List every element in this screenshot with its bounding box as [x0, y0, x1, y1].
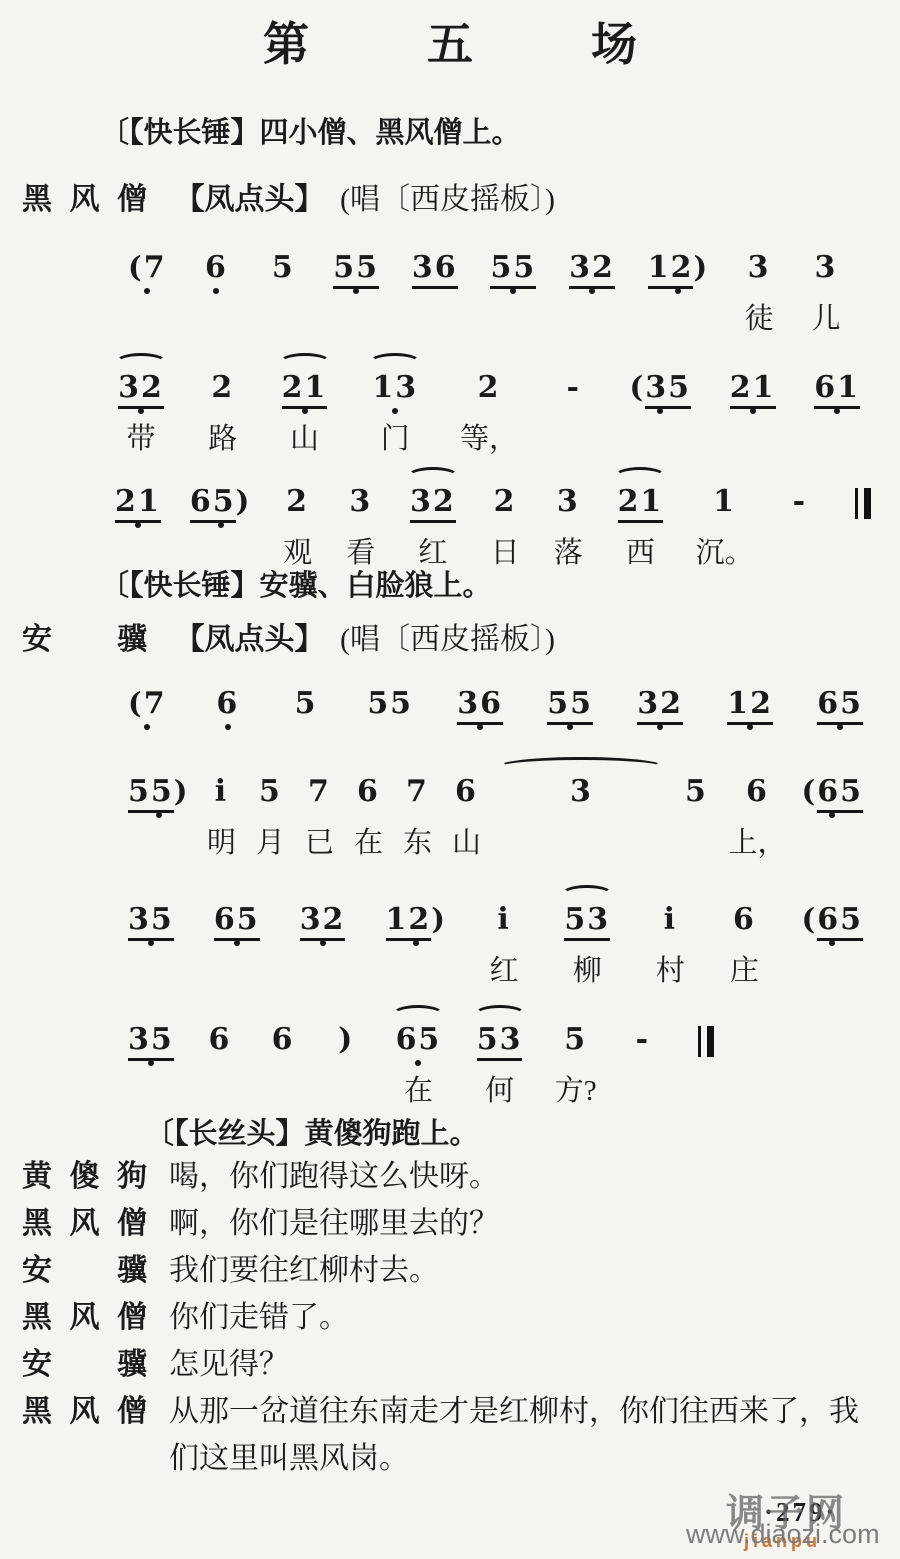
note-digits: 36	[457, 686, 503, 725]
octave-dot	[477, 724, 483, 730]
note-cell: 65在	[392, 1008, 444, 1104]
note: -	[567, 372, 581, 406]
lyric-syllable: 带	[126, 416, 155, 452]
note: 21	[282, 372, 328, 406]
note: 65)	[190, 486, 251, 520]
note-digits: 7	[144, 250, 167, 285]
note: 6	[357, 776, 380, 810]
music-line: 3566)65在53何5方?-	[128, 1008, 723, 1104]
octave-dot	[320, 940, 326, 946]
note-digits: 3	[570, 774, 593, 809]
note-digits: 6	[357, 774, 380, 809]
open-paren: (	[801, 902, 817, 936]
note: 5	[564, 1024, 587, 1058]
note: 55)	[128, 776, 189, 810]
note-cell: 1沉。	[696, 470, 754, 566]
note-cell: -	[557, 356, 591, 452]
lyric-syllable: 月	[256, 820, 285, 856]
final-barline	[855, 488, 871, 519]
note: -	[793, 486, 807, 520]
note-cell: 3看	[344, 470, 378, 566]
note: 3	[557, 486, 580, 520]
note-cell: 55	[333, 236, 379, 332]
octave-dot	[829, 940, 835, 946]
note-cell: -	[783, 470, 817, 566]
note: 32	[410, 486, 456, 520]
note-digits: -	[793, 484, 807, 519]
dialogue-text: 啊，你们是往哪里去的？	[169, 1200, 879, 1247]
note: 36	[412, 252, 458, 286]
note-cell: )	[329, 1008, 363, 1104]
note-cell: 6	[211, 672, 245, 768]
open-paren: (	[802, 774, 818, 808]
note-digits: 32	[410, 484, 456, 523]
note-cell: 2等，	[460, 356, 518, 452]
note-digits: 12	[386, 902, 432, 941]
note-cell: 32带	[115, 356, 167, 452]
open-paren: (	[128, 250, 144, 284]
note-digits: 5	[564, 1022, 587, 1057]
note: 21	[730, 372, 776, 406]
note: 5	[295, 688, 318, 722]
note-digits: 12	[648, 250, 694, 289]
note-digits: 3	[748, 250, 771, 285]
note-digits: 3	[815, 250, 838, 285]
note-digits: 5	[272, 250, 295, 285]
note-digits: 12	[727, 686, 773, 725]
note-digits: 3	[557, 484, 580, 519]
note-cell: 3徒	[742, 236, 776, 332]
note-cell: 65	[817, 672, 863, 768]
note-digits: 32	[569, 250, 615, 289]
octave-dot	[392, 408, 398, 414]
note: 65	[396, 1024, 442, 1058]
note-digits: -	[636, 1022, 650, 1057]
note-cell: 61	[814, 356, 860, 452]
tune-aside: (唱〔西皮摇板〕)	[340, 623, 555, 656]
note-cell: 21山	[279, 356, 331, 452]
note: 65	[214, 904, 260, 938]
octave-dot	[148, 940, 154, 946]
note-cell: 5方?	[555, 1008, 597, 1104]
note-cell: 36	[412, 236, 458, 332]
note: i	[215, 776, 228, 810]
stage-direction: 〔【快长锤】四小僧、黑风僧上。	[100, 110, 521, 151]
note-digits: 65	[396, 1022, 442, 1057]
note-cell: 21西	[614, 470, 666, 566]
dialogue-text: 怎见得？	[169, 1341, 879, 1388]
scene-title: 第 五 场	[0, 8, 900, 74]
note-cell: 32	[637, 672, 683, 768]
note-digits: 2	[494, 484, 517, 519]
note: 6	[205, 252, 228, 286]
note-cell: 3儿	[809, 236, 843, 332]
note-digits: 21	[282, 370, 328, 409]
note-cell: 6	[266, 1008, 300, 1104]
note-digits: 3	[349, 484, 372, 519]
note-digits: 32	[118, 370, 164, 409]
note-digits: i	[215, 774, 228, 809]
note-cell	[846, 470, 880, 566]
note-digits: 7	[144, 686, 167, 721]
note: 65	[817, 688, 863, 722]
note-cell: 6	[199, 236, 233, 332]
note-cell: 65	[214, 888, 260, 984]
dialogue-line: 安 骥 我们要往红柳村去。	[22, 1247, 882, 1294]
note-cell: 53柳	[561, 888, 613, 984]
note: 5	[272, 252, 295, 286]
note-cell: 5	[289, 672, 323, 768]
note	[855, 486, 871, 520]
note-cell: (7	[128, 672, 167, 768]
note: 12	[727, 688, 773, 722]
note-digits: 35	[128, 902, 174, 941]
note: 2	[478, 372, 501, 406]
note: 2	[494, 486, 517, 520]
note-cell: 7已	[302, 760, 336, 856]
note: 61	[814, 372, 860, 406]
lyric-syllable: 红	[418, 530, 447, 566]
note-digits: 2	[286, 484, 309, 519]
note-digits: 61	[814, 370, 860, 409]
speaker-name: 安 骥	[22, 1341, 147, 1388]
speaker-name: 黑风僧	[22, 174, 147, 218]
music-line: 32带2路21山13门2等，-(352161	[115, 356, 860, 452]
lyric-syllable: 西	[626, 530, 655, 566]
vocal-section-header: 安 骥 【凤点头】 (唱〔西皮摇板〕)	[22, 614, 555, 658]
watermark-site-url: www.diaozi.com	[686, 1519, 880, 1550]
note-cell: 32红	[407, 470, 459, 566]
note: 6	[746, 776, 769, 810]
note-digits: 6	[208, 1022, 231, 1057]
note-cell: (65	[802, 760, 863, 856]
close-paren: )	[693, 250, 709, 284]
music-line: (765553655321265	[128, 672, 863, 768]
dialogue-line: 黑风僧 从那一岔道往东南走才是红柳村，你们往西来了，我们这里叫黑风岗。	[22, 1388, 882, 1482]
speaker-name: 黑风僧	[22, 1200, 147, 1247]
octave-dot	[225, 724, 231, 730]
lyric-syllable: 东	[403, 820, 432, 856]
note: 36	[457, 688, 503, 722]
note-cell: 65)	[190, 470, 251, 566]
note-digits: 2	[478, 370, 501, 405]
note-cell: 6上，	[728, 760, 786, 856]
octave-dot	[589, 288, 595, 294]
note-digits: 6	[455, 774, 478, 809]
note-cell: 35	[128, 888, 174, 984]
note-digits: 5	[295, 686, 318, 721]
note-digits: 55	[547, 686, 593, 725]
note-digits: 1	[713, 484, 736, 519]
scanned-score-page: { "title": "第 五 场", "colors": { "ink": "…	[0, 0, 900, 1559]
note-cell: 55)	[128, 760, 189, 856]
note: 32	[569, 252, 615, 286]
dialogue-text: 我们要往红柳村去。	[169, 1247, 879, 1294]
close-paren: )	[174, 774, 190, 808]
note-digits: 2	[211, 370, 234, 405]
note: 5	[259, 776, 282, 810]
note: i	[497, 904, 510, 938]
note-cell: 5	[679, 760, 713, 856]
note: 35	[128, 1024, 174, 1058]
note: 6	[733, 904, 756, 938]
note-cell: (35	[630, 356, 691, 452]
lyric-syllable: 上，	[728, 820, 786, 856]
octave-dot	[657, 408, 663, 414]
note-cell: i明	[204, 760, 238, 856]
note-digits: 35	[128, 1022, 174, 1061]
note-digits: 53	[477, 1022, 523, 1061]
note: (7	[128, 252, 167, 286]
note: )	[338, 1024, 354, 1058]
lyric-syllable: 日	[491, 530, 520, 566]
note: 53	[564, 904, 610, 938]
note-digits: 65	[817, 774, 863, 813]
note-cell: i村	[653, 888, 687, 984]
note: 2	[286, 486, 309, 520]
note-digits: 55	[367, 686, 413, 721]
note-digits: 65	[190, 484, 236, 523]
octave-dot	[675, 288, 681, 294]
note-digits: i	[664, 902, 677, 937]
note-cell: 2路	[206, 356, 240, 452]
note-digits: 6	[733, 902, 756, 937]
note-digits: 21	[730, 370, 776, 409]
note-digits: 32	[637, 686, 683, 725]
speaker-name: 安 骥	[22, 614, 147, 658]
lyric-syllable: 山	[290, 416, 319, 452]
note: 32	[118, 372, 164, 406]
note: (65	[801, 904, 862, 938]
note-cell: 6庄	[727, 888, 761, 984]
note: 6	[272, 1024, 295, 1058]
note	[698, 1024, 714, 1058]
lyric-syllable: 沉。	[696, 530, 754, 566]
music-line: 55)i明5月7已6在7东6山356上，(65	[128, 760, 863, 856]
note: 35	[128, 904, 174, 938]
close-paren: )	[236, 484, 252, 518]
octave-dot	[353, 288, 359, 294]
dialogue-line: 黄傻狗 喝，你们跑得这么快呀。	[22, 1153, 882, 1200]
note-digits: 21	[115, 484, 161, 523]
note: (65	[802, 776, 863, 810]
music-line: 35653212)i红53柳i村6庄(65	[128, 888, 863, 984]
tune-label: 【凤点头】	[175, 623, 325, 656]
note: 6	[216, 688, 239, 722]
lyric-syllable: 已	[305, 820, 334, 856]
note-digits: 6	[216, 686, 239, 721]
lyric-syllable: 门	[381, 416, 410, 452]
note-cell: 5	[266, 236, 300, 332]
note: 55	[547, 688, 593, 722]
note-digits: 53	[564, 902, 610, 941]
note-cell: 6在	[351, 760, 385, 856]
lyric-syllable: 儿	[811, 296, 840, 332]
note-cell: 21	[115, 470, 161, 566]
note: 55	[490, 252, 536, 286]
note-cell: 3落	[551, 470, 585, 566]
octave-dot	[218, 522, 224, 528]
note-cell: 5月	[253, 760, 287, 856]
note-cell: 12	[727, 672, 773, 768]
note: 7	[308, 776, 331, 810]
lyric-syllable: 村	[656, 948, 685, 984]
note-cell: 6山	[449, 760, 483, 856]
speaker-name: 黄傻狗	[22, 1153, 147, 1200]
speaker-name: 安 骥	[22, 1247, 147, 1294]
music-line: 2165)2观3看32红2日3落21西1沉。-	[115, 470, 880, 566]
octave-dot	[148, 1060, 154, 1066]
lyric-syllable: 明	[207, 820, 236, 856]
lyric-syllable: 在	[354, 820, 383, 856]
octave-dot	[829, 812, 835, 818]
note: 3	[748, 252, 771, 286]
note: 21	[115, 486, 161, 520]
open-paren: (	[128, 686, 144, 720]
octave-dot	[144, 724, 150, 730]
note-cell: 12)	[386, 888, 447, 984]
note-cell: 3	[498, 760, 664, 856]
note: 3	[349, 486, 372, 520]
tune-label: 【凤点头】	[175, 183, 325, 216]
note-digits: 6	[746, 774, 769, 809]
note-digits: 55	[128, 774, 174, 813]
octave-dot	[135, 522, 141, 528]
note: 55	[367, 688, 413, 722]
vocal-section-header: 黑风僧 【凤点头】 (唱〔西皮摇板〕)	[22, 174, 555, 218]
lyric-syllable: 方?	[555, 1068, 597, 1104]
note-digits: 6	[272, 1022, 295, 1057]
dialogue-line: 安 骥 怎见得？	[22, 1341, 882, 1388]
tune-aside: (唱〔西皮摇板〕)	[340, 183, 555, 216]
note-cell: 13门	[369, 356, 421, 452]
octave-dot	[657, 724, 663, 730]
note-cell: 53何	[474, 1008, 526, 1104]
lyric-syllable: 观	[283, 530, 312, 566]
lyric-syllable: 看	[346, 530, 375, 566]
lyric-syllable: 落	[554, 530, 583, 566]
note: 12)	[648, 252, 709, 286]
note-digits: 65	[817, 902, 863, 941]
note: 2	[211, 372, 234, 406]
note: i	[664, 904, 677, 938]
lyric-syllable: 何	[485, 1068, 514, 1104]
note-digits: 21	[618, 484, 664, 523]
note-digits: 55	[490, 250, 536, 289]
note-digits: 32	[300, 902, 346, 941]
lyric-syllable: 柳	[573, 948, 602, 984]
note-cell: 12)	[648, 236, 709, 332]
note-cell: (7	[128, 236, 167, 332]
octave-dot	[747, 724, 753, 730]
note-cell: 36	[457, 672, 503, 768]
lyric-syllable: 在	[404, 1068, 433, 1104]
octave-dot	[138, 408, 144, 414]
note: 5	[685, 776, 708, 810]
note-digits: -	[567, 370, 581, 405]
octave-dot	[213, 288, 219, 294]
note: -	[636, 1024, 650, 1058]
note-cell: 7东	[400, 760, 434, 856]
octave-dot	[834, 408, 840, 414]
final-barline	[698, 1026, 714, 1057]
note-digits: 6	[205, 250, 228, 285]
speaker-name: 黑风僧	[22, 1388, 147, 1435]
open-paren: (	[630, 370, 646, 404]
note-digits: 13	[372, 370, 418, 405]
note-digits: 55	[333, 250, 379, 289]
note-cell: 35	[128, 1008, 174, 1104]
note: 3	[570, 776, 593, 810]
note: 12)	[386, 904, 447, 938]
note-cell: -	[626, 1008, 660, 1104]
note-digits: 65	[817, 686, 863, 725]
dialogue-text: 你们走错了。	[169, 1294, 879, 1341]
note-cell: 55	[547, 672, 593, 768]
lyric-syllable: 等，	[460, 416, 518, 452]
note: 1	[713, 486, 736, 520]
note-cell: 32	[569, 236, 615, 332]
note-cell: 55	[490, 236, 536, 332]
note-cell: 6	[203, 1008, 237, 1104]
lyric-syllable: 徒	[745, 296, 774, 332]
stage-direction: 〔【长丝头】黄傻狗跑上。	[145, 1111, 479, 1152]
note: 53	[477, 1024, 523, 1058]
note: 32	[300, 904, 346, 938]
octave-dot	[234, 940, 240, 946]
note-cell: 21	[730, 356, 776, 452]
octave-dot	[837, 724, 843, 730]
octave-dot	[510, 288, 516, 294]
note-cell: 2日	[488, 470, 522, 566]
speaker-name: 黑风僧	[22, 1294, 147, 1341]
octave-dot	[302, 408, 308, 414]
dialogue-text: 喝，你们跑得这么快呀。	[169, 1153, 879, 1200]
dialogue-line: 黑风僧 啊，你们是往哪里去的？	[22, 1200, 882, 1247]
close-paren: )	[431, 902, 447, 936]
note-digits: 5	[685, 774, 708, 809]
note: 13	[372, 372, 418, 406]
octave-dot	[750, 408, 756, 414]
note-digits: 65	[214, 902, 260, 941]
note-cell: (65	[801, 888, 862, 984]
note-cell: 32	[300, 888, 346, 984]
lyric-syllable: 红	[490, 948, 519, 984]
note-digits: 7	[406, 774, 429, 809]
octave-dot	[413, 940, 419, 946]
lyric-syllable: 山	[452, 820, 481, 856]
note-cell: i红	[487, 888, 521, 984]
lyric-syllable: 路	[208, 416, 237, 452]
dialogue-text: 从那一岔道往东南走才是红柳村，你们往西来了，我们这里叫黑风岗。	[169, 1388, 879, 1482]
note: 6	[455, 776, 478, 810]
dialogue-block: 黄傻狗 喝，你们跑得这么快呀。 黑风僧 啊，你们是往哪里去的？ 安 骥 我们要往…	[22, 1153, 882, 1482]
octave-dot	[144, 288, 150, 294]
note-digits: 36	[412, 250, 458, 289]
stage-direction: 〔【快长锤】安骥、白脸狼上。	[100, 563, 492, 604]
note: 55	[333, 252, 379, 286]
note: 7	[406, 776, 429, 810]
note: 6	[208, 1024, 231, 1058]
note-cell	[689, 1008, 723, 1104]
note: (7	[128, 688, 167, 722]
note: 32	[637, 688, 683, 722]
music-line: (7655536553212)3徒3儿	[128, 236, 843, 332]
octave-dot	[156, 812, 162, 818]
note-cell: 55	[367, 672, 413, 768]
lyric-syllable: 庄	[730, 948, 759, 984]
note-digits: 5	[259, 774, 282, 809]
